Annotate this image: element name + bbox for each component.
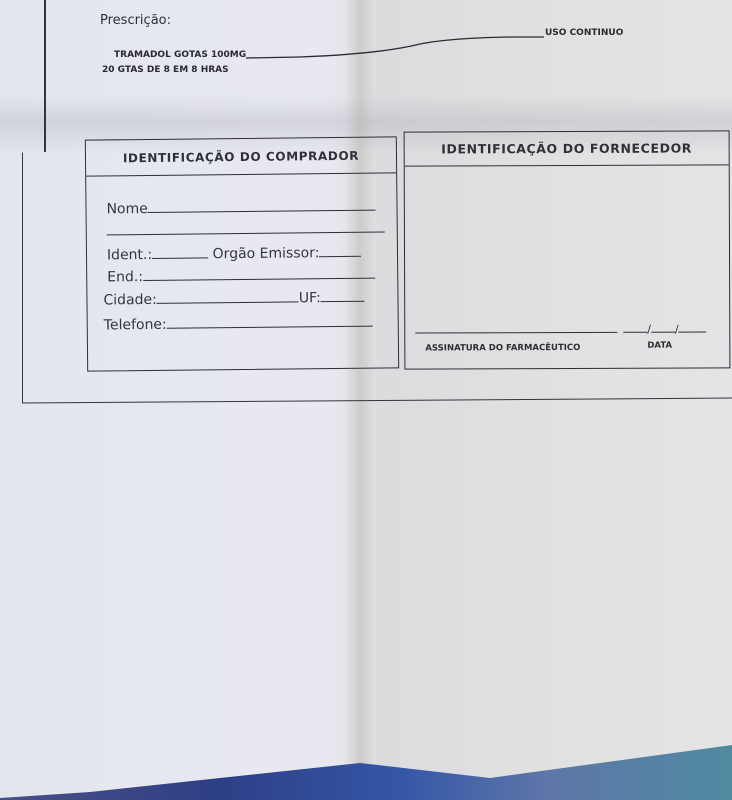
name-field[interactable]: Nome xyxy=(106,198,375,218)
supplier-identification-box: IDENTIFICAÇÃO DO FORNECEDOR ASSINATURA D… xyxy=(404,130,731,369)
buyer-section-title: IDENTIFICAÇÃO DO COMPRADOR xyxy=(86,137,396,176)
ident-field[interactable]: Ident.: Orgão Emissor: xyxy=(107,244,362,264)
ident-label: Ident.: xyxy=(107,247,152,263)
state-label: UF: xyxy=(299,290,321,306)
paper-sheet: Prescrição: TRAMADOL GOTAS 100MG 20 GTAS… xyxy=(0,0,732,800)
name-label: Nome xyxy=(106,201,147,217)
prescription-usage: USO CONTINUO xyxy=(545,28,623,38)
supplier-section-title: IDENTIFICAÇÃO DO FORNECEDOR xyxy=(405,131,729,166)
issuer-label: Orgão Emissor: xyxy=(213,245,320,262)
phone-label: Telefone: xyxy=(104,317,167,334)
city-label: Cidade: xyxy=(103,292,157,309)
date-month[interactable] xyxy=(651,322,675,333)
address-field[interactable]: End.: xyxy=(107,266,375,286)
date-day[interactable] xyxy=(623,322,647,333)
date-field[interactable]: // xyxy=(623,322,706,336)
address-label: End.: xyxy=(107,269,143,285)
prescription-underline xyxy=(0,0,732,80)
city-field[interactable]: Cidade:UF: xyxy=(103,289,364,309)
date-year[interactable] xyxy=(679,322,707,333)
date-label: DATA xyxy=(647,341,672,351)
buyer-identification-box: IDENTIFICAÇÃO DO COMPRADOR Nome Ident.: … xyxy=(85,136,399,371)
pharmacist-signature-label: ASSINATURA DO FARMACÊUTICO xyxy=(425,343,580,354)
pharmacist-signature-line[interactable] xyxy=(415,332,617,334)
phone-field[interactable]: Telefone: xyxy=(104,314,373,334)
name-continuation-line[interactable] xyxy=(107,232,385,236)
